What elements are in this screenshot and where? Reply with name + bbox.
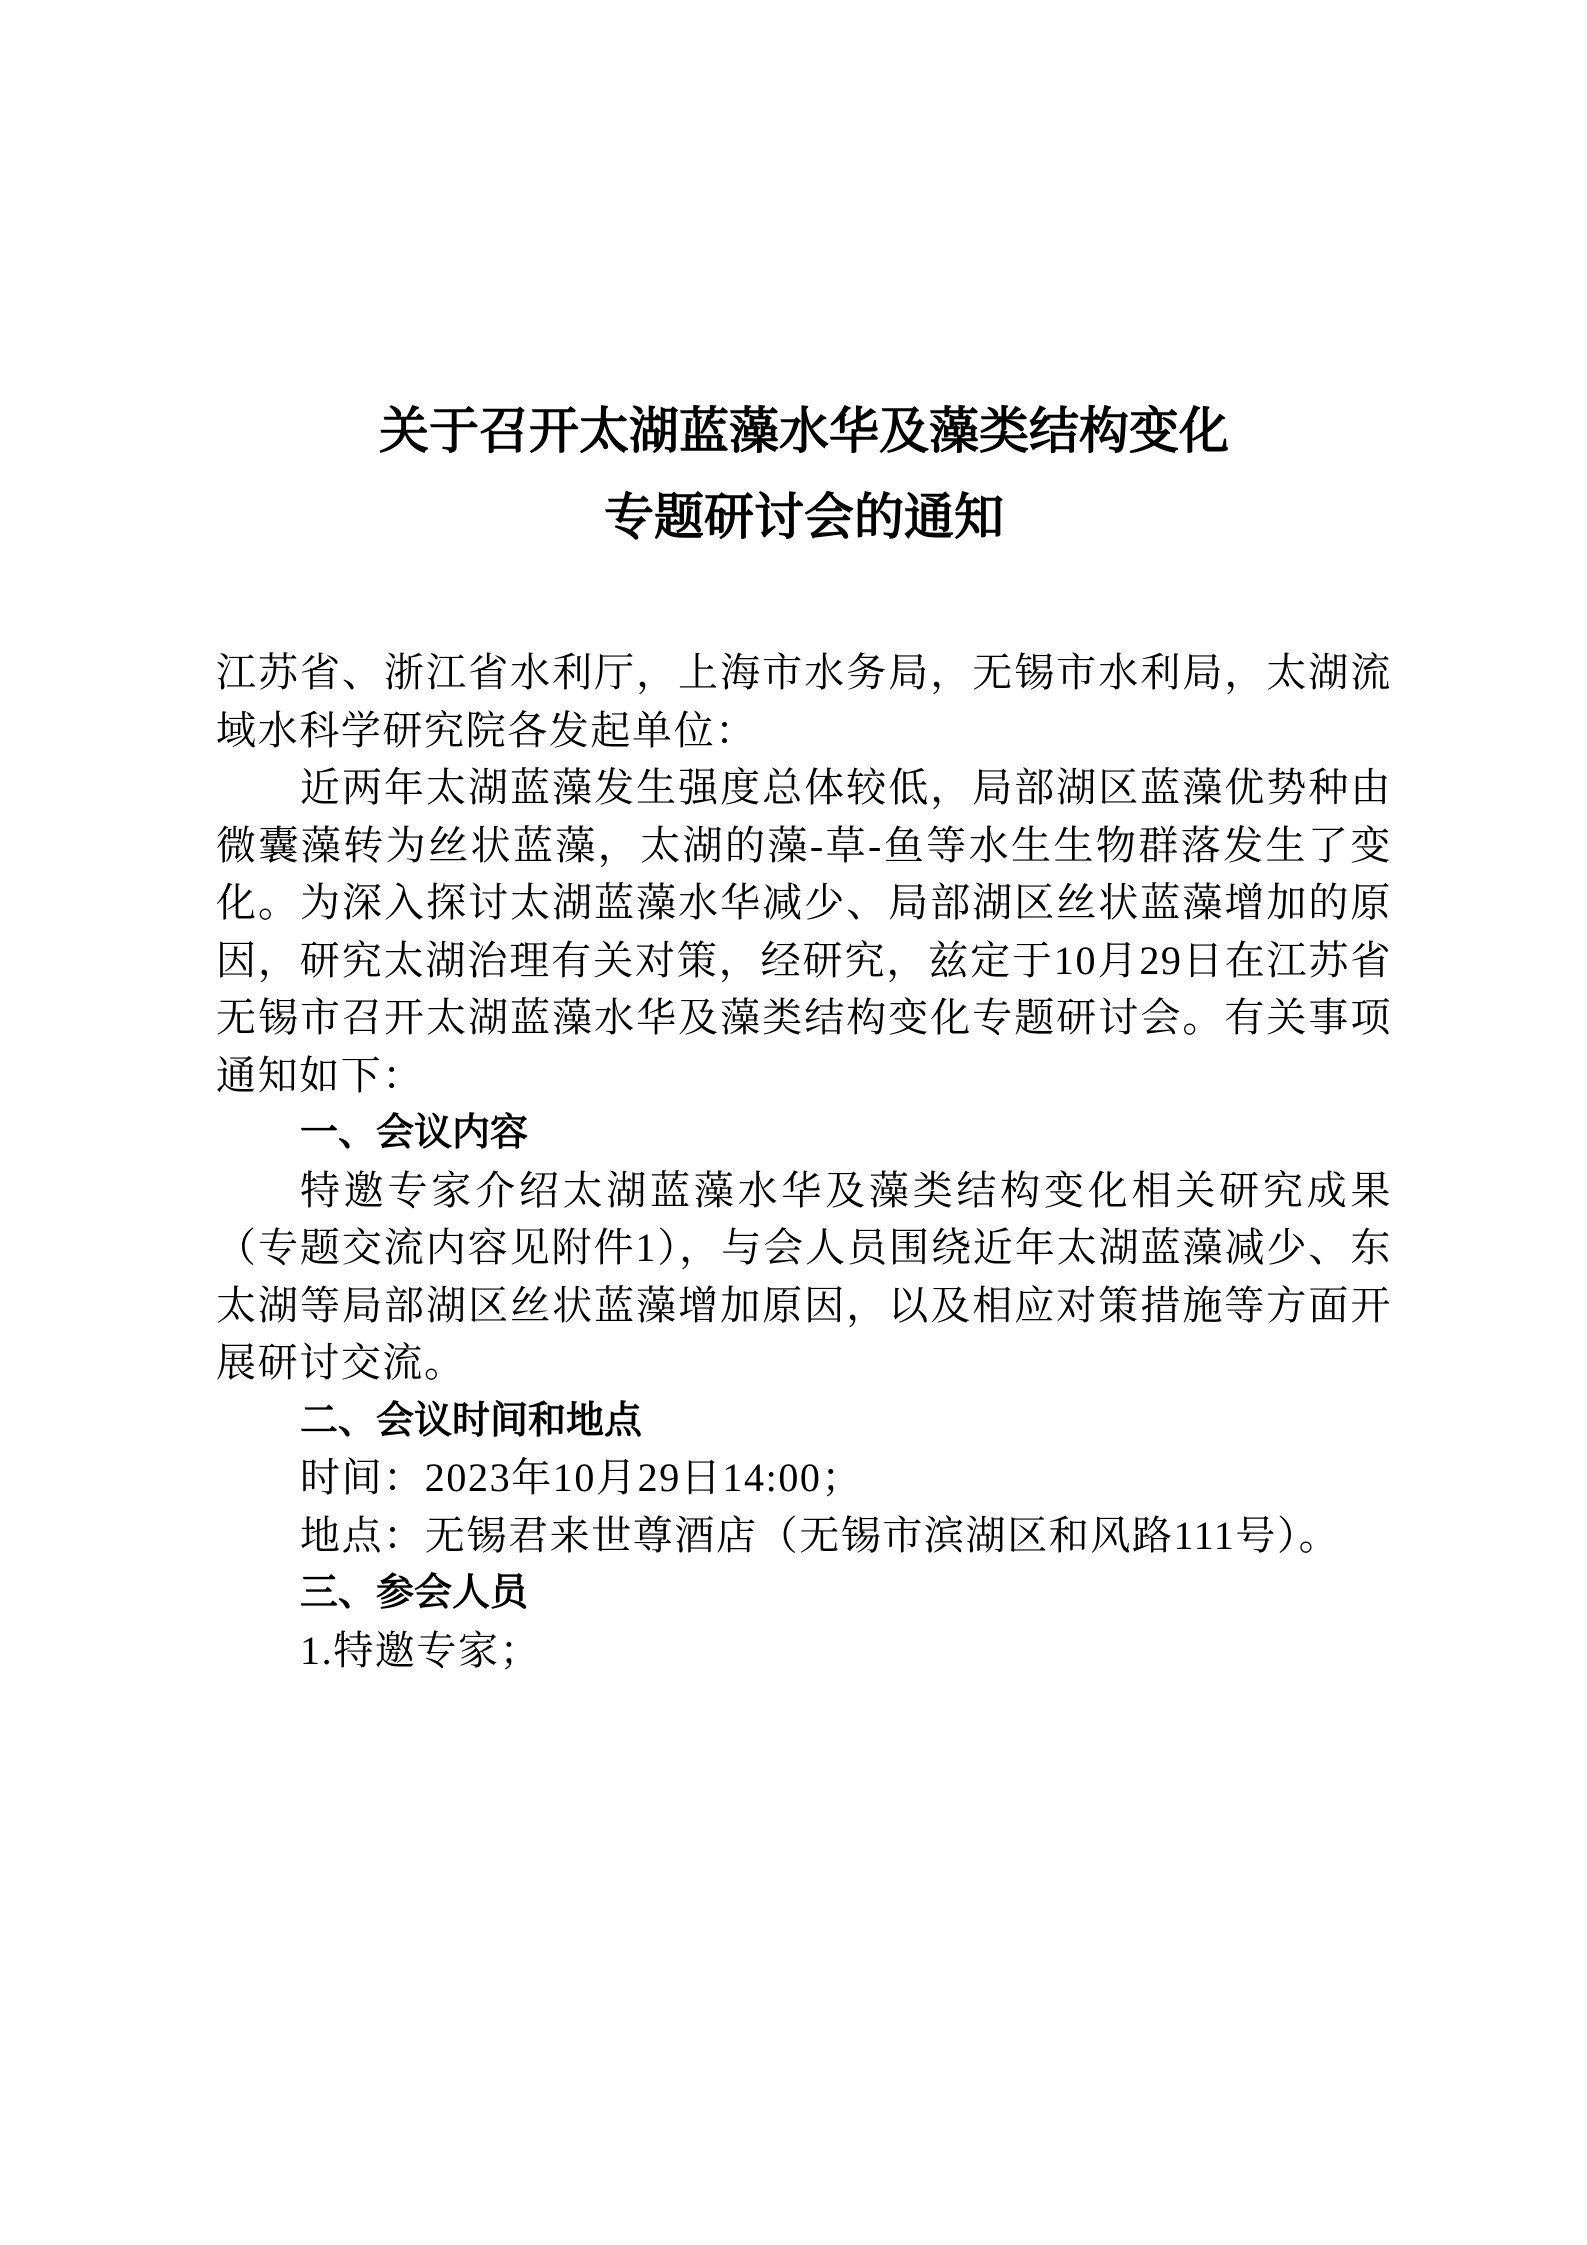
title-line-1: 关于召开太湖蓝藻水华及藻类结构变化: [216, 388, 1392, 474]
intro-paragraph: 近两年太湖蓝藻发生强度总体较低，局部湖区蓝藻优势种由微囊藻转为丝状蓝藻，太湖的藻…: [216, 759, 1392, 1104]
title-line-2: 专题研讨会的通知: [216, 474, 1392, 560]
meeting-content-paragraph: 特邀专家介绍太湖蓝藻水华及藻类结构变化相关研究成果（专题交流内容见附件1），与会…: [216, 1162, 1392, 1392]
meeting-location: 地点：无锡君来世尊酒店（无锡市滨湖区和风路111号）。: [216, 1507, 1392, 1565]
meeting-time: 时间：2023年10月29日14:00；: [216, 1449, 1392, 1507]
document-title: 关于召开太湖蓝藻水华及藻类结构变化 专题研讨会的通知: [216, 388, 1392, 560]
document-body: 江苏省、浙江省水利厅，上海市水务局，无锡市水利局，太湖流域水科学研究院各发起单位…: [216, 644, 1392, 1679]
section-heading-time-location: 二、会议时间和地点: [216, 1392, 1392, 1450]
attendee-item-1: 1.特邀专家；: [216, 1622, 1392, 1680]
section-heading-attendees: 三、参会人员: [216, 1564, 1392, 1622]
addressee: 江苏省、浙江省水利厅，上海市水务局，无锡市水利局，太湖流域水科学研究院各发起单位…: [216, 644, 1392, 759]
section-heading-meeting-content: 一、会议内容: [216, 1104, 1392, 1162]
